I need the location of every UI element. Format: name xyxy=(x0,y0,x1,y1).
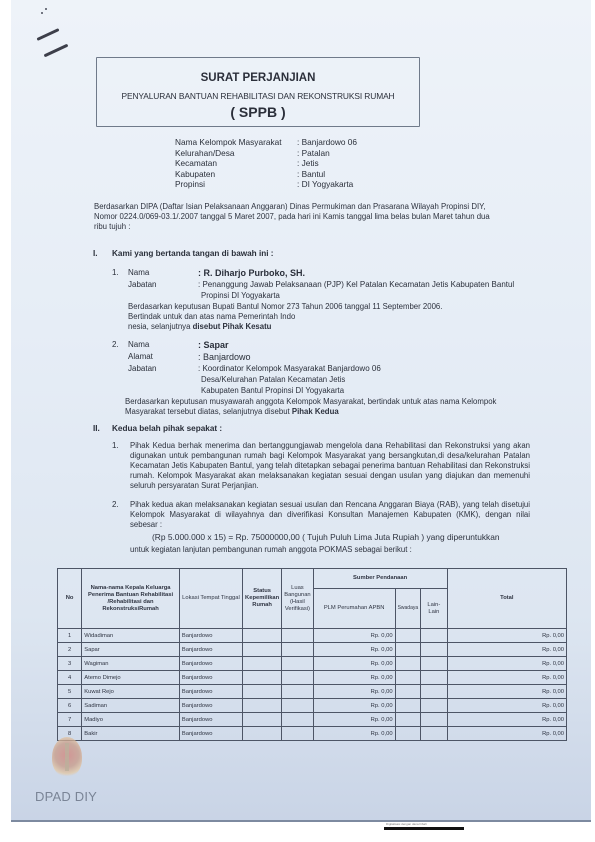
cell-name: Atemo Dimejo xyxy=(82,671,180,685)
party-1-designation: nesia, selanjutnya disebut Pihak Kesatu xyxy=(128,322,271,332)
beneficiaries-table: No Nama-nama Kepala Keluarga Penerima Ba… xyxy=(57,568,567,741)
party-2-name-field: Nama : Sapar xyxy=(128,340,229,350)
table-row: 2SaparBanjardowoRp. 0,00Rp. 0,00 xyxy=(58,643,567,657)
party-2-designation: Masyarakat tersebut diatas, selanjutnya … xyxy=(125,407,339,417)
party-1-basis: Berdasarkan keputusan Bupati Bantul Nomo… xyxy=(128,302,442,312)
cell-swadaya xyxy=(395,685,421,699)
cell-total: Rp. 0,00 xyxy=(447,643,566,657)
group-info: Nama Kelompok Masyarakat: Banjardowo 06 … xyxy=(175,137,357,190)
cell-no: 3 xyxy=(58,657,82,671)
clause-2-number: 2. xyxy=(112,500,119,509)
cell-location: Banjardowo xyxy=(179,713,242,727)
cell-name: Madiyo xyxy=(82,713,180,727)
cell-swadaya xyxy=(395,727,421,741)
cell-status xyxy=(243,643,282,657)
cell-plm: Rp. 0,00 xyxy=(313,643,395,657)
table-row: 5Kuwat RejoBanjardowoRp. 0,00Rp. 0,00 xyxy=(58,685,567,699)
cell-swadaya xyxy=(395,699,421,713)
section-1-heading: Kami yang bertanda tangan di bawah ini : xyxy=(112,249,274,258)
cell-area xyxy=(282,671,313,685)
party-1-job-field: Jabatan : Penanggung Jawab Pelaksanaan (… xyxy=(128,280,514,289)
col-header-no: No xyxy=(58,569,82,629)
cell-no: 6 xyxy=(58,699,82,713)
cell-plm: Rp. 0,00 xyxy=(313,699,395,713)
section-1-number: I. xyxy=(93,249,98,258)
party-2-job-line3: Kabupaten Bantul Propinsi DI Yogyakarta xyxy=(201,386,344,396)
cell-location: Banjardowo xyxy=(179,643,242,657)
cell-other xyxy=(421,713,447,727)
col-header-status: Status Kepemilikan Rumah xyxy=(243,569,282,629)
cell-name: Kuwat Rejo xyxy=(82,685,180,699)
cell-no: 7 xyxy=(58,713,82,727)
party-2-basis: Berdasarkan keputusan musyawarah anggota… xyxy=(125,397,496,407)
document-title: SURAT PERJANJIAN xyxy=(97,72,419,84)
cell-total: Rp. 0,00 xyxy=(447,629,566,643)
table-row: 1WidadimanBanjardowoRp. 0,00Rp. 0,00 xyxy=(58,629,567,643)
cell-status xyxy=(243,699,282,713)
cell-plm: Rp. 0,00 xyxy=(313,727,395,741)
party-1-act: Bertindak untuk dan atas nama Pemerintah… xyxy=(128,312,295,322)
info-row: Propinsi: DI Yogyakarta xyxy=(175,179,357,190)
col-header-other: Lain-Lain xyxy=(421,589,447,629)
col-header-name: Nama-nama Kepala Keluarga Penerima Bantu… xyxy=(82,569,180,629)
section-2-number: II. xyxy=(93,424,100,433)
clause-2-text: Pihak kedua akan melaksanakan kegiatan s… xyxy=(130,500,530,530)
cell-status xyxy=(243,671,282,685)
cell-status xyxy=(243,713,282,727)
clause-1-text: Pihak Kedua berhak menerima dan bertangg… xyxy=(130,441,530,491)
cell-area xyxy=(282,643,313,657)
cell-location: Banjardowo xyxy=(179,685,242,699)
party-1-name-field: Nama : R. Diharjo Purboko, SH. xyxy=(128,268,305,278)
cell-other xyxy=(421,671,447,685)
document-subtitle: PENYALURAN BANTUAN REHABILITASI DAN REKO… xyxy=(97,91,419,101)
table-row: 3WagimanBanjardowoRp. 0,00Rp. 0,00 xyxy=(58,657,567,671)
cell-total: Rp. 0,00 xyxy=(447,699,566,713)
cell-location: Banjardowo xyxy=(179,671,242,685)
cell-location: Banjardowo xyxy=(179,657,242,671)
footer-note: Digitalisasi dengan dana hibah xyxy=(386,822,427,826)
col-header-total: Total xyxy=(447,569,566,629)
cell-name: Wagiman xyxy=(82,657,180,671)
cell-no: 4 xyxy=(58,671,82,685)
cell-total: Rp. 0,00 xyxy=(447,671,566,685)
cell-area xyxy=(282,713,313,727)
cell-plm: Rp. 0,00 xyxy=(313,713,395,727)
document-code: ( SPPB ) xyxy=(97,104,419,120)
cell-other xyxy=(421,727,447,741)
cell-total: Rp. 0,00 xyxy=(447,657,566,671)
cell-name: Bakir xyxy=(82,727,180,741)
cell-no: 5 xyxy=(58,685,82,699)
info-row: Nama Kelompok Masyarakat: Banjardowo 06 xyxy=(175,137,357,148)
cell-total: Rp. 0,00 xyxy=(447,685,566,699)
info-row: Kecamatan: Jetis xyxy=(175,158,357,169)
cell-other xyxy=(421,643,447,657)
table-row: 4Atemo DimejoBanjardowoRp. 0,00Rp. 0,00 xyxy=(58,671,567,685)
cell-swadaya xyxy=(395,643,421,657)
col-header-swadaya: Swadaya xyxy=(395,589,421,629)
cell-plm: Rp. 0,00 xyxy=(313,629,395,643)
party-1-number: 1. xyxy=(112,268,119,277)
cell-status xyxy=(243,727,282,741)
cell-name: Sapar xyxy=(82,643,180,657)
party-2-job-field: Jabatan : Koordinator Kelompok Masyaraka… xyxy=(128,364,381,373)
cell-area xyxy=(282,727,313,741)
table-row: 7MadiyoBanjardowoRp. 0,00Rp. 0,00 xyxy=(58,713,567,727)
cell-total: Rp. 0,00 xyxy=(447,713,566,727)
ink-dot xyxy=(45,8,47,10)
cell-area xyxy=(282,699,313,713)
cell-no: 1 xyxy=(58,629,82,643)
clause-2-amount: (Rp 5.000.000 x 15) = Rp. 75000000,00 ( … xyxy=(152,532,500,542)
pen-mark xyxy=(36,28,59,41)
document-title-box: SURAT PERJANJIAN PENYALURAN BANTUAN REHA… xyxy=(96,57,420,127)
ink-dot xyxy=(41,12,43,14)
col-header-plm: PLM Perumahan APBN xyxy=(313,589,395,629)
cell-location: Banjardowo xyxy=(179,629,242,643)
cell-other xyxy=(421,685,447,699)
cell-area xyxy=(282,629,313,643)
watermark: DPAD DIY xyxy=(35,789,97,804)
section-2-heading: Kedua belah pihak sepakat : xyxy=(112,424,222,433)
party-2-address-field: Alamat : Banjardowo xyxy=(128,352,251,362)
cell-location: Banjardowo xyxy=(179,727,242,741)
col-header-funding: Sumber Pendanaan xyxy=(313,569,447,589)
cell-plm: Rp. 0,00 xyxy=(313,671,395,685)
cell-status xyxy=(243,685,282,699)
cell-other xyxy=(421,699,447,713)
table-row: 8BakirBanjardowoRp. 0,00Rp. 0,00 xyxy=(58,727,567,741)
intro-paragraph: Berdasarkan DIPA (Daftar Isian Pelaksana… xyxy=(94,202,544,232)
cell-other xyxy=(421,629,447,643)
cell-status xyxy=(243,657,282,671)
cell-swadaya xyxy=(395,713,421,727)
cell-swadaya xyxy=(395,671,421,685)
cell-other xyxy=(421,657,447,671)
party-2-job-line2: Desa/Kelurahan Patalan Kecamatan Jetis xyxy=(201,375,345,385)
cell-no: 2 xyxy=(58,643,82,657)
cell-location: Banjardowo xyxy=(179,699,242,713)
clause-1-number: 1. xyxy=(112,441,119,450)
cell-plm: Rp. 0,00 xyxy=(313,657,395,671)
party-1-job-line2: Propinsi DI Yogyakarta xyxy=(201,291,280,301)
clause-2-purpose: untuk kegiatan lanjutan pembangunan ruma… xyxy=(130,545,412,555)
cell-total: Rp. 0,00 xyxy=(447,727,566,741)
cell-name: Widadiman xyxy=(82,629,180,643)
cell-swadaya xyxy=(395,657,421,671)
cell-area xyxy=(282,657,313,671)
info-row: Kabupaten: Bantul xyxy=(175,169,357,180)
cell-area xyxy=(282,685,313,699)
party-2-number: 2. xyxy=(112,340,119,349)
col-header-area: Luas Bangunan (Hasil Verifikasi) xyxy=(282,569,313,629)
cell-name: Sadiman xyxy=(82,699,180,713)
cell-swadaya xyxy=(395,629,421,643)
cell-plm: Rp. 0,00 xyxy=(313,685,395,699)
footer-bar xyxy=(384,827,464,830)
pen-mark xyxy=(44,44,69,58)
info-row: Kelurahan/Desa: Patalan xyxy=(175,148,357,159)
cell-status xyxy=(243,629,282,643)
col-header-location: Lokasi Tempat Tinggal xyxy=(179,569,242,629)
dpad-seal-logo xyxy=(52,737,82,777)
table-row: 6SadimanBanjardowoRp. 0,00Rp. 0,00 xyxy=(58,699,567,713)
